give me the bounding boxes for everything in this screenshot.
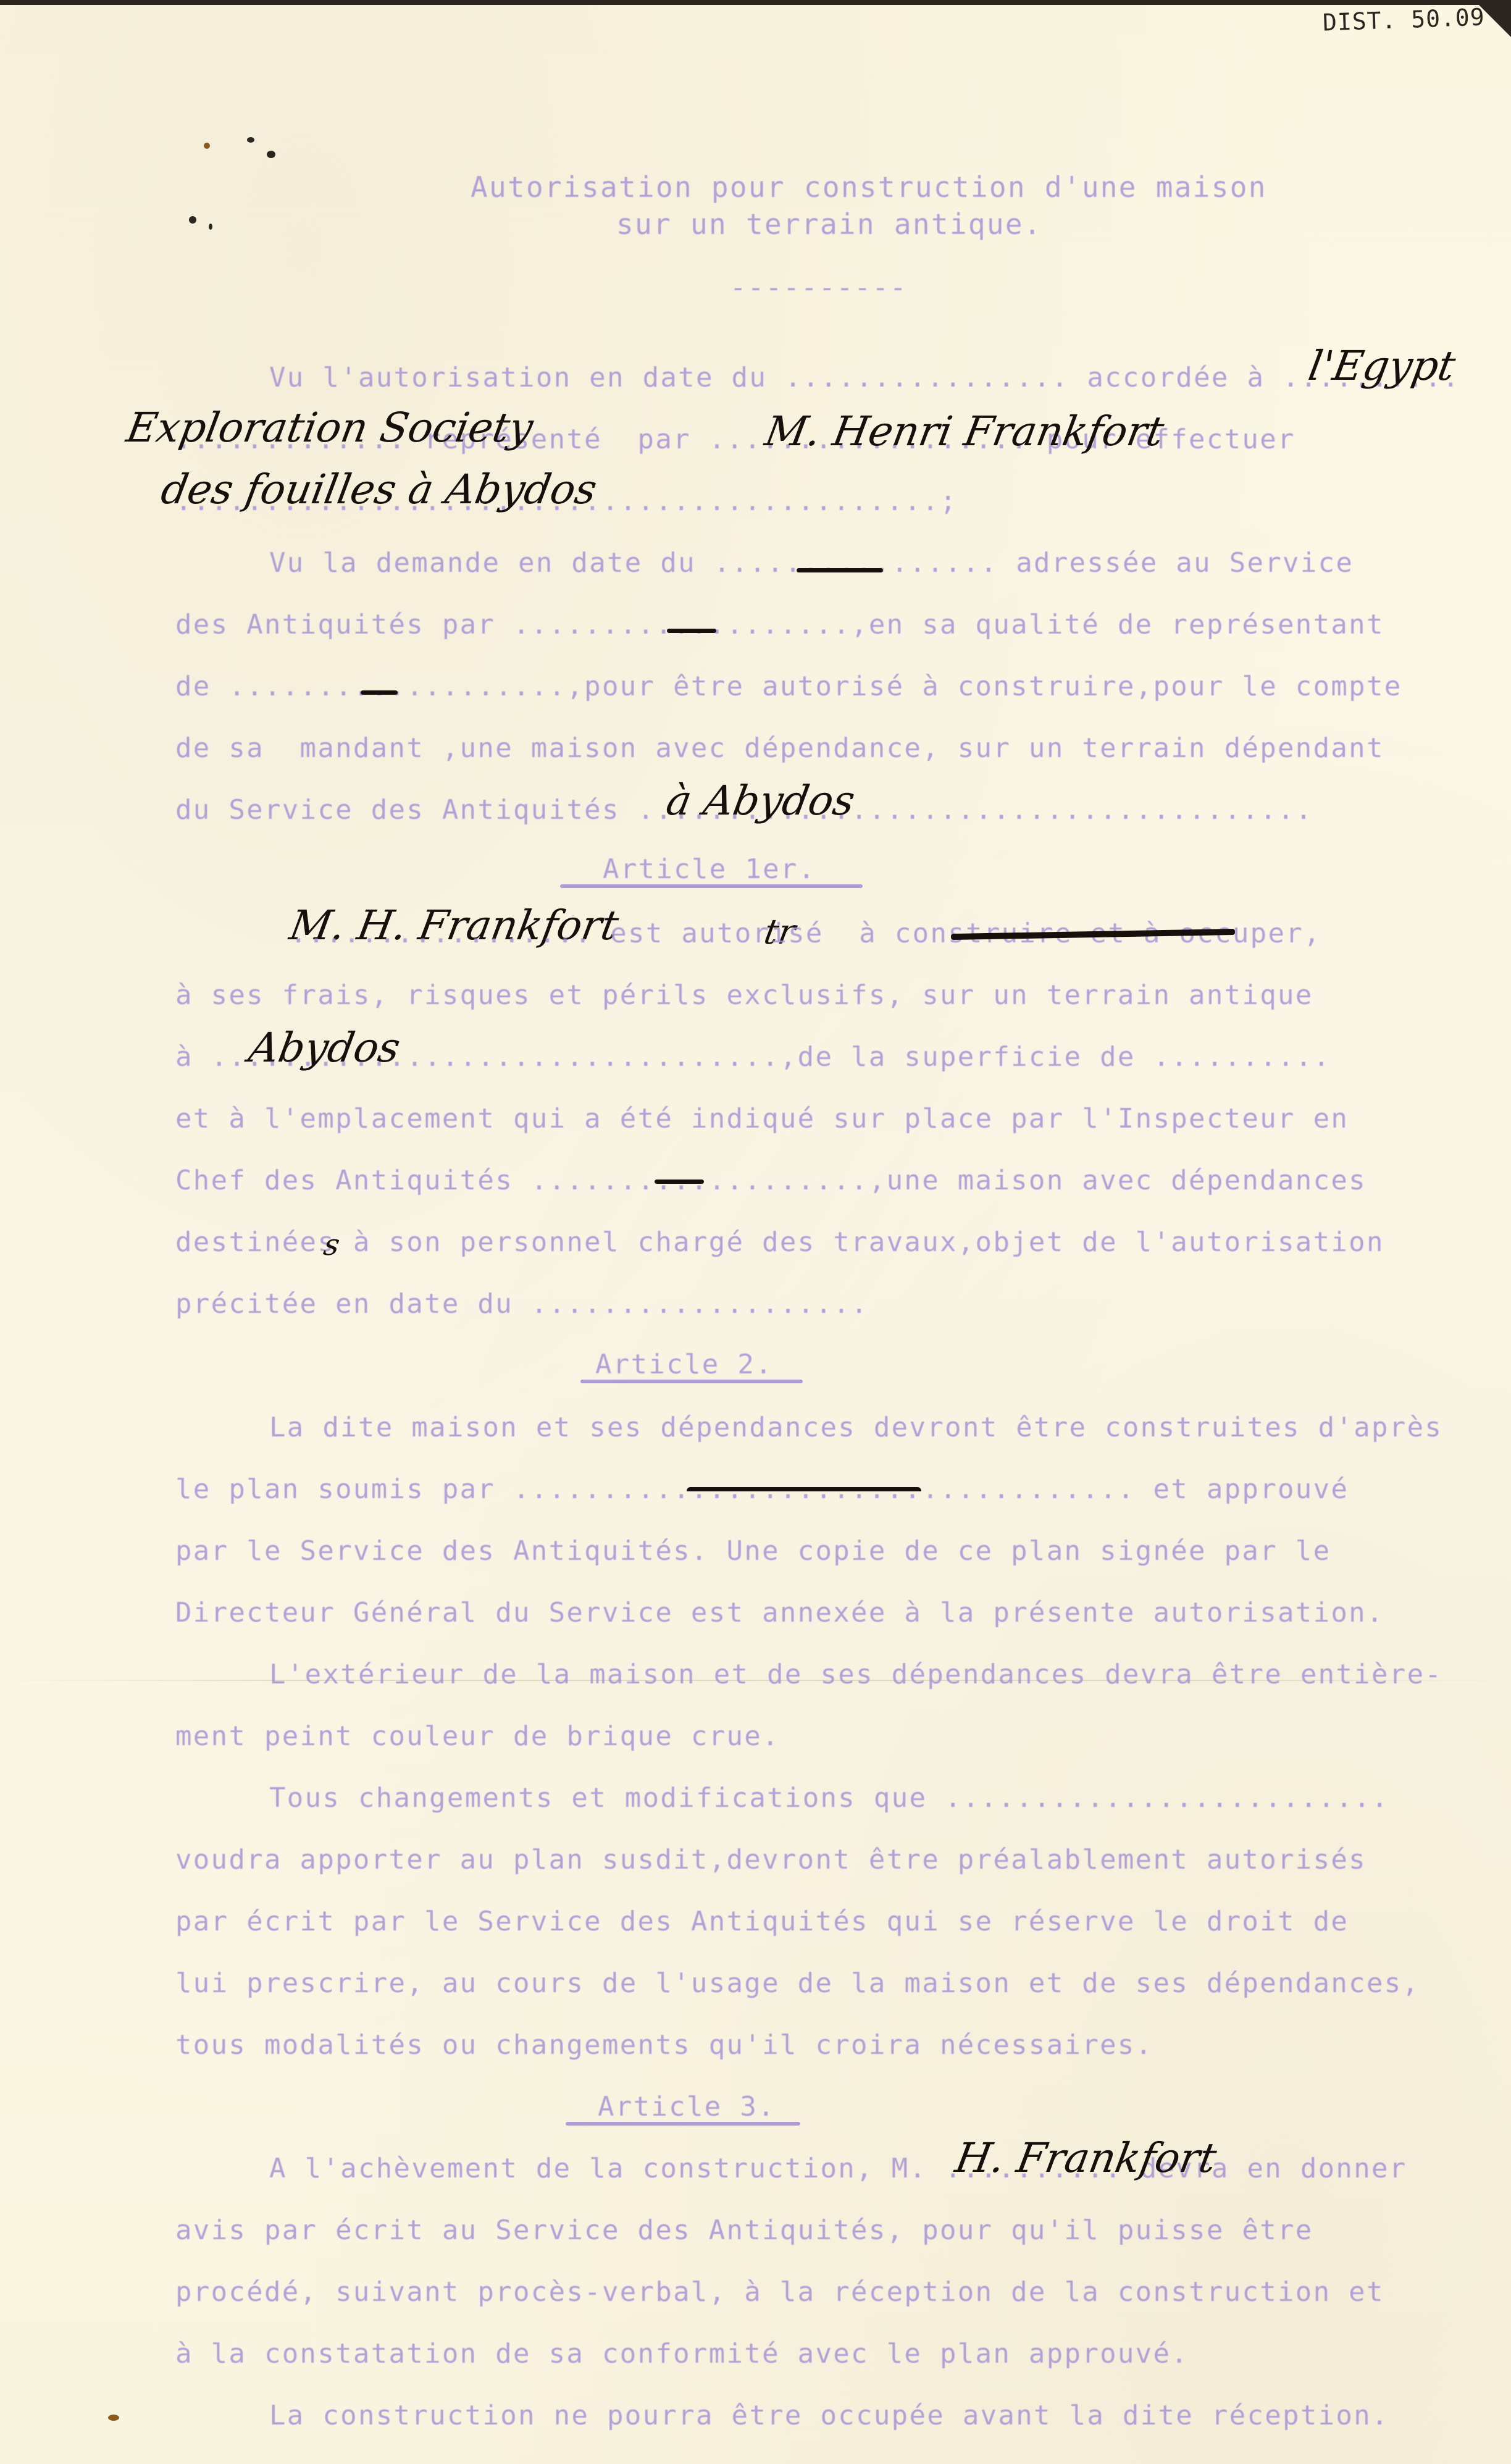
- handwritten-dash: [797, 568, 883, 572]
- article2-line: par écrit par le Service des Antiquités …: [175, 1908, 1349, 1935]
- article2-line: par le Service des Antiquités. Une copie…: [175, 1538, 1331, 1565]
- article2-line: voudra apporter au plan susdit,devront ê…: [175, 1846, 1367, 1874]
- preamble-line: de ...................,pour être autoris…: [175, 673, 1402, 700]
- handwritten-society: Exploration Society: [123, 408, 536, 448]
- article3-heading: Article 3.: [598, 2093, 776, 2121]
- handwritten-representative: M. Henri Frankfort: [762, 411, 1166, 452]
- document-title-line2: sur un terrain antique.: [616, 210, 1042, 238]
- article1-underline: [560, 884, 863, 888]
- article2-heading: Article 2.: [595, 1351, 773, 1378]
- preamble-line: Vu la demande en date du ...............…: [269, 550, 1354, 577]
- article2-line: tous modalités ou changements qu'il croi…: [175, 2032, 1153, 2059]
- handwritten-dash: [687, 1487, 921, 1491]
- ink-speck: [209, 224, 212, 230]
- article2-line: L'extérieur de la maison et de ses dépen…: [269, 1661, 1442, 1688]
- ink-speck: [247, 137, 254, 143]
- article3-line: avis par écrit au Service des Antiquités…: [175, 2217, 1313, 2244]
- article2-line: Tous changements et modifications que ..…: [269, 1785, 1389, 1812]
- article2-line: lui prescrire, au cours de l'usage de la…: [175, 1970, 1420, 1997]
- article1-line: et à l'emplacement qui a été indiqué sur…: [175, 1105, 1349, 1133]
- ink-speck: [267, 151, 275, 158]
- article3-underline: [566, 2122, 800, 2126]
- article3-line: A l'achèvement de la construction, M. ..…: [269, 2155, 1407, 2182]
- ink-speck: [204, 143, 210, 149]
- article3-line: à la constatation de sa conformité avec …: [175, 2340, 1189, 2368]
- preamble-line: de sa mandant ,une maison avec dépendanc…: [175, 735, 1384, 762]
- handwritten-egypt: l'Egypt: [1305, 346, 1458, 387]
- ink-speck: [189, 216, 196, 224]
- article1-line: destinées à son personnel chargé des tra…: [175, 1229, 1384, 1256]
- article1-line: précitée en date du ...................: [175, 1291, 869, 1318]
- handwritten-dash: [361, 690, 398, 695]
- ink-speck: [108, 2415, 119, 2421]
- article2-line: Directeur Général du Service est annexée…: [175, 1599, 1384, 1627]
- article2-underline: [580, 1380, 803, 1383]
- article1-line: à ses frais, risques et périls exclusifs…: [175, 982, 1313, 1009]
- handwritten-dash: [667, 629, 716, 633]
- article2-line: La dite maison et ses dépendances devron…: [269, 1414, 1442, 1441]
- title-rule: ----------: [730, 274, 908, 301]
- article1-line: Chef des Antiquités ...................,…: [175, 1167, 1367, 1194]
- article3-line: procédé, suivant procès-verbal, à la réc…: [175, 2279, 1384, 2306]
- preamble-line: Vu l'autorisation en date du ...........…: [269, 364, 1460, 392]
- handwritten-dash: [655, 1180, 704, 1184]
- document-title-line1: Autorisation pour construction d'une mai…: [471, 173, 1267, 201]
- handwritten-purpose: des fouilles à Abydos: [158, 469, 600, 510]
- article1-heading: Article 1er.: [603, 856, 816, 883]
- article3-line: La construction ne pourra être occupée a…: [269, 2402, 1389, 2429]
- scan-top-border: [0, 0, 1511, 5]
- handwritten-location: à Abydos: [663, 781, 858, 821]
- article2-line: ment peint couleur de brique crue.: [175, 1723, 780, 1750]
- archive-reference: DIST. 50.09: [1322, 3, 1485, 36]
- handwritten-article3-name: H. Frankfort: [952, 2138, 1220, 2179]
- article1-line: à ................................,de la…: [175, 1044, 1331, 1071]
- preamble-line: des Antiquités par ...................,e…: [175, 611, 1384, 639]
